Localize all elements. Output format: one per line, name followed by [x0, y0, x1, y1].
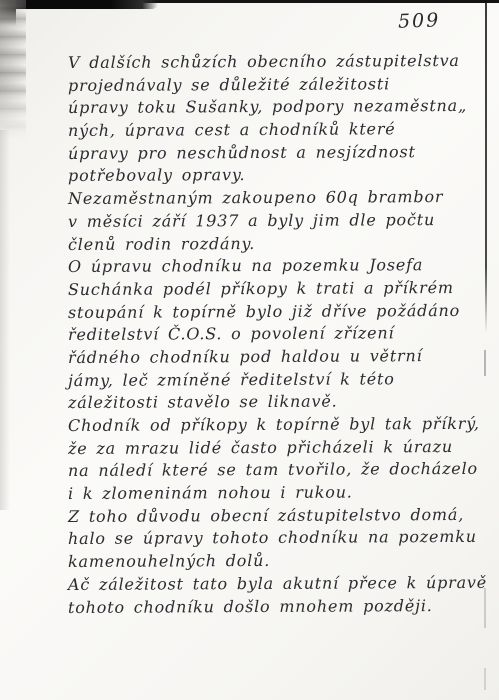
handwritten-line: i k zlomeninám nohou i rukou.	[68, 481, 468, 506]
handwritten-line: kamenouhelných dolů.	[68, 549, 468, 574]
handwritten-line: ných, úprava cest a chodníků které	[68, 118, 468, 143]
handwritten-line: v měsíci září 1937 a byly jim dle počtu	[68, 209, 468, 234]
handwritten-line: potřebovaly opravy.	[68, 163, 468, 188]
page-number: 509	[398, 9, 441, 32]
handwritten-text-block: V dalších schůzích obecního zástupitelst…	[68, 52, 468, 619]
scan-edge-left-faint	[0, 130, 10, 510]
handwritten-line: halo se úpravy tohoto chodníku na pozemk…	[68, 526, 468, 551]
handwritten-line: O úpravu chodníku na pozemku Josefa	[68, 254, 468, 279]
handwritten-line: Ač záležitost tato byla akutní přece k ú…	[68, 572, 468, 597]
handwritten-line: úpravy pro neschůdnost a nesjízdnost	[68, 141, 468, 166]
handwritten-line: tohoto chodníku došlo mnohem později.	[68, 594, 468, 619]
page-edge-dash	[484, 668, 486, 690]
scanned-page: 509 V dalších schůzích obecního zástupit…	[0, 0, 499, 700]
handwritten-line: ředitelství Č.O.S. o povolení zřízení	[68, 322, 468, 347]
handwritten-line: Suchánka podél příkopy k trati a příkrém	[68, 277, 468, 302]
page-edge-dash	[484, 350, 486, 376]
handwritten-line: záležitosti stavělo se liknavě.	[68, 390, 468, 415]
scan-edge-left-band	[0, 0, 26, 140]
handwritten-line: V dalších schůzích obecního zástupitelst…	[68, 50, 468, 75]
handwritten-line: Nezaměstnaným zakoupeno 60q brambor	[68, 186, 468, 211]
page-edge-dash	[484, 588, 486, 628]
handwritten-line: že za mrazu lidé často přicházeli k úraz…	[68, 436, 468, 461]
handwritten-line: Z toho důvodu obecní zástupitelstvo domá…	[68, 504, 468, 529]
handwritten-line: členů rodin rozdány.	[68, 231, 468, 256]
page-edge-line	[485, 3, 487, 333]
handwritten-line: stoupání k topírně bylo již dříve požádá…	[68, 299, 468, 324]
handwritten-line: jámy, leč zmíněné ředitelství k této	[68, 368, 468, 393]
handwritten-line: projednávaly se důležité záležitosti	[68, 73, 468, 98]
handwritten-line: na náledí které se tam tvořilo, že dochá…	[68, 458, 468, 483]
handwritten-line: řádného chodníku pod haldou u větrní	[68, 345, 468, 370]
handwritten-line: Chodník od příkopy k topírně byl tak pří…	[68, 413, 468, 438]
handwritten-line: úpravy toku Sušanky, podpory nezaměstna„	[68, 95, 468, 120]
